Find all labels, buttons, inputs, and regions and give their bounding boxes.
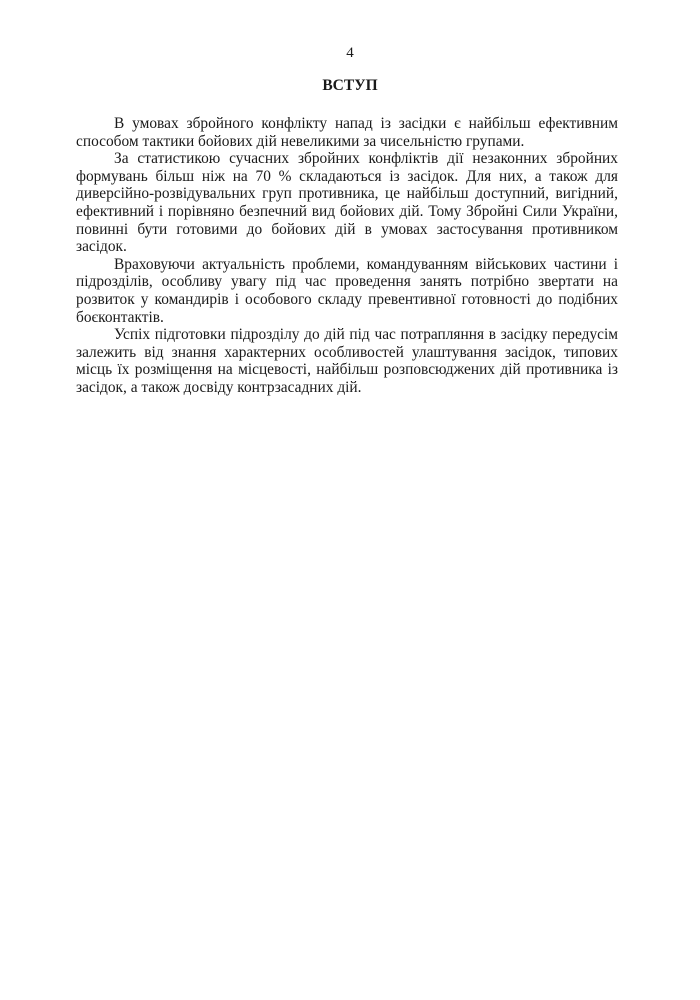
body-text: В умовах збройного конфлікту напад із за…: [76, 115, 618, 397]
section-title: ВСТУП: [0, 77, 700, 95]
page-number: 4: [0, 44, 700, 62]
paragraph: В умовах збройного конфлікту напад із за…: [76, 115, 618, 150]
paragraph: Успіх підготовки підрозділу до дій під ч…: [76, 326, 618, 396]
paragraph: За статистикою сучасних збройних конфлік…: [76, 150, 618, 256]
paragraph: Враховуючи актуальність проблеми, команд…: [76, 256, 618, 326]
document-page: 4 ВСТУП В умовах збройного конфлікту нап…: [0, 0, 700, 1000]
